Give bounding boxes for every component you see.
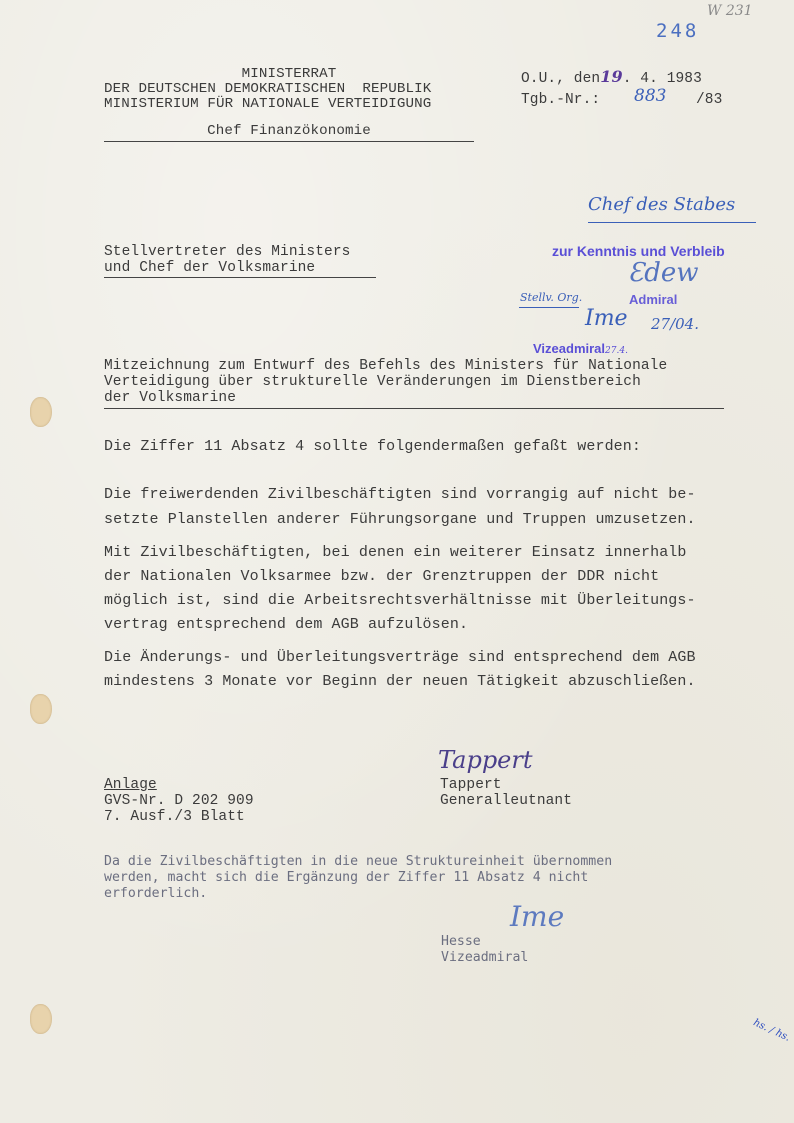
vizeadmiral-signature: Ime <box>585 306 628 331</box>
pencil-archive-ref: W 231 <box>707 3 753 19</box>
paragraph-2-line-3: möglich ist, sind die Arbeitsrechtsverhä… <box>104 593 696 609</box>
tgb-label: Tgb.-Nr.: <box>521 93 600 109</box>
letterhead-line-3: MINISTERIUM FÜR NATIONALE VERTEIDIGUNG <box>104 97 431 113</box>
tgb-number-handwritten: 883 <box>634 86 666 106</box>
admiral-stamp: Admiral <box>629 292 677 307</box>
handwritten-stellv-note: Stellv. Org. <box>520 291 582 304</box>
enclosure-label: Anlage <box>104 778 157 794</box>
handwritten-routing-note: Chef des Stabes <box>588 194 735 215</box>
paragraph-1-line-1: Die freiwerdenden Zivilbeschäftigten sin… <box>104 487 696 503</box>
recipient-underline <box>104 277 376 278</box>
stellv-underline <box>519 307 579 308</box>
punch-hole <box>30 1004 52 1034</box>
paragraph-2-line-1: Mit Zivilbeschäftigten, bei denen ein we… <box>104 545 687 561</box>
signer-rank: Generalleutnant <box>440 794 572 810</box>
vizeadmiral-stamp-date: 27.4. <box>605 346 628 356</box>
enclosure-copies: 7. Ausf./3 Blatt <box>104 810 245 826</box>
paragraph-2-line-4: vertrag entsprechend dem AGB aufzulösen. <box>104 617 468 633</box>
annotation-line-2: werden, macht sich die Ergänzung der Zif… <box>104 870 588 886</box>
signer-name: Tappert <box>440 778 502 794</box>
recipient-line-2: und Chef der Volksmarine <box>104 261 315 277</box>
hesse-signature: Ime <box>510 900 564 933</box>
paragraph-2-line-2: der Nationalen Volksarmee bzw. der Grenz… <box>104 569 659 585</box>
annotation-signer-rank: Vizeadmiral <box>441 950 528 966</box>
letterhead-rule <box>104 141 474 142</box>
body-intro: Die Ziffer 11 Absatz 4 sollte folgenderm… <box>104 439 641 455</box>
handwritten-date-note: 27/04. <box>651 315 699 333</box>
archive-page-number: 248 <box>656 20 699 42</box>
paragraph-3-line-1: Die Änderungs- und Überleitungsverträge … <box>104 650 696 666</box>
annotation-signer-name: Hesse <box>441 934 481 950</box>
punch-hole <box>30 694 52 724</box>
annotation-line-1: Da die Zivilbeschäftigten in die neue St… <box>104 854 612 870</box>
paragraph-1-line-2: setzte Planstellen anderer Führungsorgan… <box>104 512 696 528</box>
routing-note-underline <box>588 222 756 223</box>
recipient-line-1: Stellvertreter des Ministers <box>104 245 350 261</box>
enclosure-gvs-number: GVS-Nr. D 202 909 <box>104 794 254 810</box>
subject-line-2: Verteidigung über strukturelle Veränderu… <box>104 375 641 391</box>
vizeadmiral-stamp: Vizeadmiral <box>533 341 605 356</box>
handwritten-initials: hs. / hs. <box>752 1017 792 1044</box>
date-line: O.U., den19. 4. 1983 <box>521 69 702 88</box>
tgb-suffix: /83 <box>696 93 722 109</box>
paragraph-3-line-2: mindestens 3 Monate vor Beginn der neuen… <box>104 674 696 690</box>
department-name: Chef Finanzökonomie <box>104 124 474 140</box>
vizeadmiral-stamp-line: Vizeadmiral27.4. <box>533 341 628 356</box>
date-prefix: O.U., den <box>521 71 600 87</box>
punch-hole <box>30 397 52 427</box>
subject-line-1: Mitzeichnung zum Entwurf des Befehls des… <box>104 359 667 375</box>
admiral-signature: Ɛdew <box>628 258 698 288</box>
date-day-handwritten: 19 <box>600 67 622 86</box>
date-rest: . 4. 1983 <box>623 71 702 87</box>
annotation-line-3: erforderlich. <box>104 886 207 902</box>
tappert-signature: Tappert <box>438 746 533 774</box>
subject-line-3: der Volksmarine <box>104 391 236 407</box>
subject-underline <box>104 408 724 409</box>
acknowledgement-stamp: zur Kenntnis und Verbleib <box>552 243 725 259</box>
document-page: 248 W 231 MINISTERRAT DER DEUTSCHEN DEMO… <box>0 0 794 1123</box>
